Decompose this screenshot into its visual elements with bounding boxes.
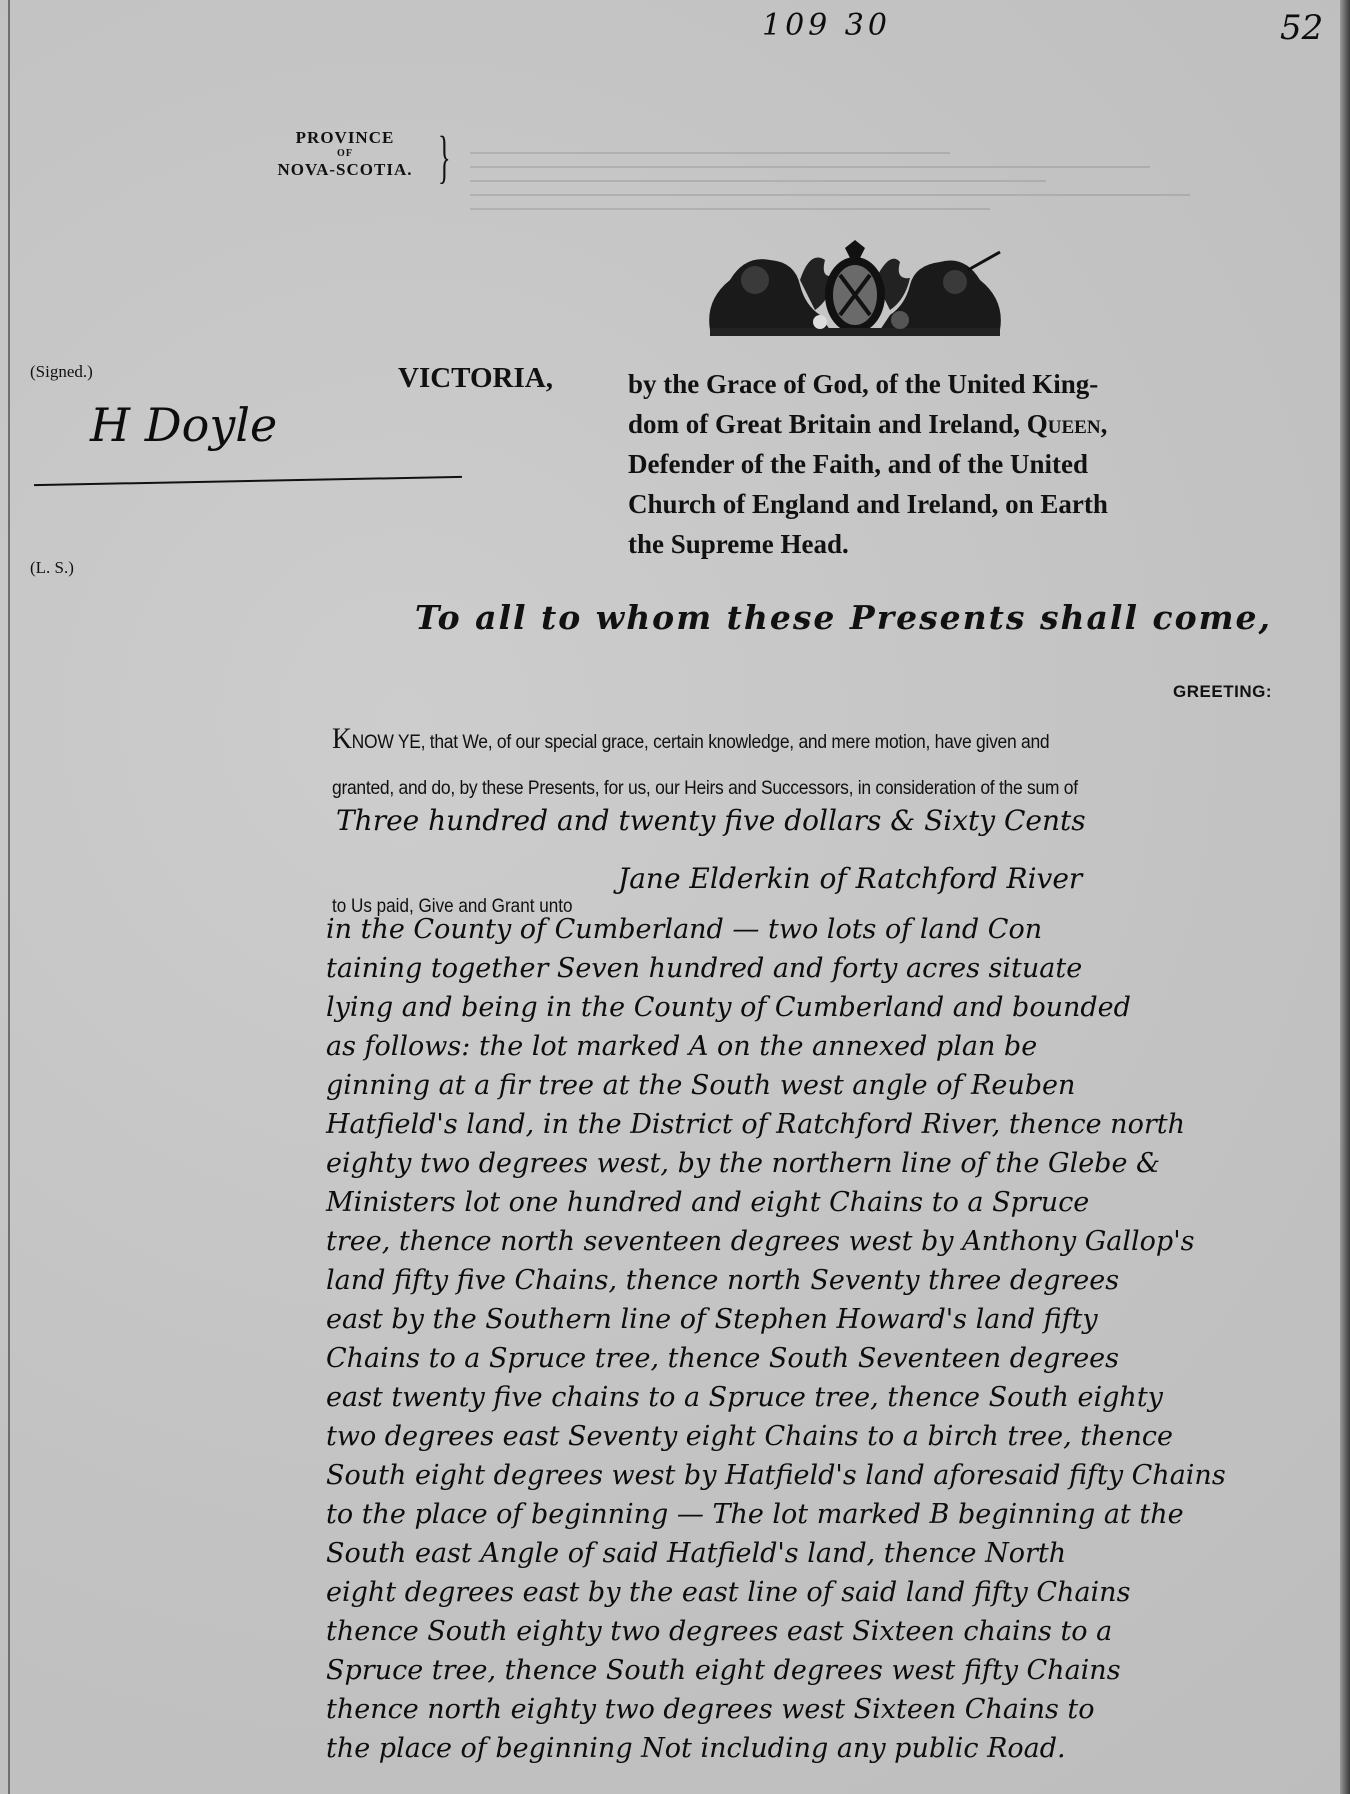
handwritten-line: lying and being in the County of Cumberl… (326, 992, 1131, 1023)
handwritten-line: tree, thence north seventeen degrees wes… (326, 1226, 1194, 1257)
handwritten-line: two degrees east Seventy eight Chains to… (326, 1421, 1173, 1452)
handwritten-line: eighty two degrees west, by the northern… (326, 1148, 1160, 1179)
royal-title-line-2: dom of Great Britain and Ireland, Queen, (628, 404, 1278, 444)
page-edge-shadow (1340, 0, 1350, 1794)
handwritten-line: eight degrees east by the east line of s… (326, 1577, 1130, 1608)
consideration-sum-handwritten: Three hundred and twenty five dollars & … (336, 804, 1086, 837)
handwritten-line: to the place of beginning — The lot mark… (326, 1499, 1184, 1530)
signature-line (34, 476, 462, 486)
brace-icon: } (438, 128, 451, 186)
reference-number: 109 30 (762, 8, 891, 43)
handwritten-line: east by the Southern line of Stephen How… (326, 1304, 1098, 1335)
grantee-handwritten: Jane Elderkin of Ratchford River (618, 862, 1082, 895)
province-heading: PROVINCE OF NOVA-SCOTIA. (255, 128, 435, 180)
greeting-label: GREETING: (1100, 682, 1272, 702)
province-line-2: OF (255, 148, 435, 160)
handwritten-line: the place of beginning Not including any… (326, 1733, 1066, 1764)
handwritten-line: ginning at a fir tree at the South west … (326, 1070, 1075, 1101)
seal-label: (L. S.) (30, 558, 74, 578)
know-ye-text: NOW YE, that We, of our special grace, c… (352, 732, 1050, 753)
governor-signature: H Doyle (90, 398, 277, 452)
royal-title-line-2-text: dom of Great Britain and Ireland, (628, 409, 1027, 439)
queen-word: Queen (1027, 409, 1101, 439)
royal-title-line-5: the Supreme Head. (628, 524, 1278, 564)
sovereign-name: VICTORIA, (398, 362, 553, 395)
province-line-3: NOVA-SCOTIA. (255, 160, 435, 180)
handwritten-line: Ministers lot one hundred and eight Chai… (326, 1187, 1089, 1218)
handwritten-line: in the County of Cumberland — two lots o… (326, 914, 1042, 945)
land-grant-document-page: 109 30 52 PROVINCE OF NOVA-SCOTIA. } (Si… (0, 0, 1350, 1794)
handwritten-line: as follows: the lot marked A on the anne… (326, 1031, 1037, 1062)
handwritten-line: east twenty five chains to a Spruce tree… (326, 1382, 1163, 1413)
handwritten-line: thence South eighty two degrees east Six… (326, 1616, 1112, 1647)
know-ye-clause: KNOW YE, that We, of our special grace, … (332, 722, 1200, 756)
handwritten-line: Chains to a Spruce tree, thence South Se… (326, 1343, 1119, 1374)
handwritten-line: South east Angle of said Hatfield's land… (326, 1538, 1066, 1569)
royal-title-line-2-comma: , (1101, 409, 1108, 439)
salutation-blackletter: To all to whom these Presents shall come… (390, 598, 1272, 637)
granted-clause: granted, and do, by these Presents, for … (332, 778, 1200, 800)
handwritten-line: taining together Seven hundred and forty… (326, 953, 1082, 984)
royal-coat-of-arms-icon (700, 240, 1010, 340)
handwritten-line: Spruce tree, thence South eight degrees … (326, 1655, 1121, 1686)
handwritten-line: South eight degrees west by Hatfield's l… (326, 1460, 1226, 1491)
royal-title-line-1: by the Grace of God, of the United King- (628, 364, 1278, 404)
handwritten-line: Hatfield's land, in the District of Ratc… (326, 1109, 1185, 1140)
handwritten-line: land fifty five Chains, thence north Sev… (326, 1265, 1119, 1296)
signed-label: (Signed.) (30, 362, 93, 382)
left-margin-rule (8, 0, 10, 1794)
province-line-1: PROVINCE (255, 128, 435, 148)
royal-style-title: by the Grace of God, of the United King-… (628, 364, 1278, 564)
royal-title-line-4: Church of England and Ireland, on Earth (628, 484, 1278, 524)
royal-title-line-3: Defender of the Faith, and of the United (628, 444, 1278, 484)
handwritten-line: thence north eighty two degrees west Six… (326, 1694, 1095, 1725)
drop-letter-k: K (332, 722, 352, 755)
page-number: 52 (1280, 8, 1323, 48)
